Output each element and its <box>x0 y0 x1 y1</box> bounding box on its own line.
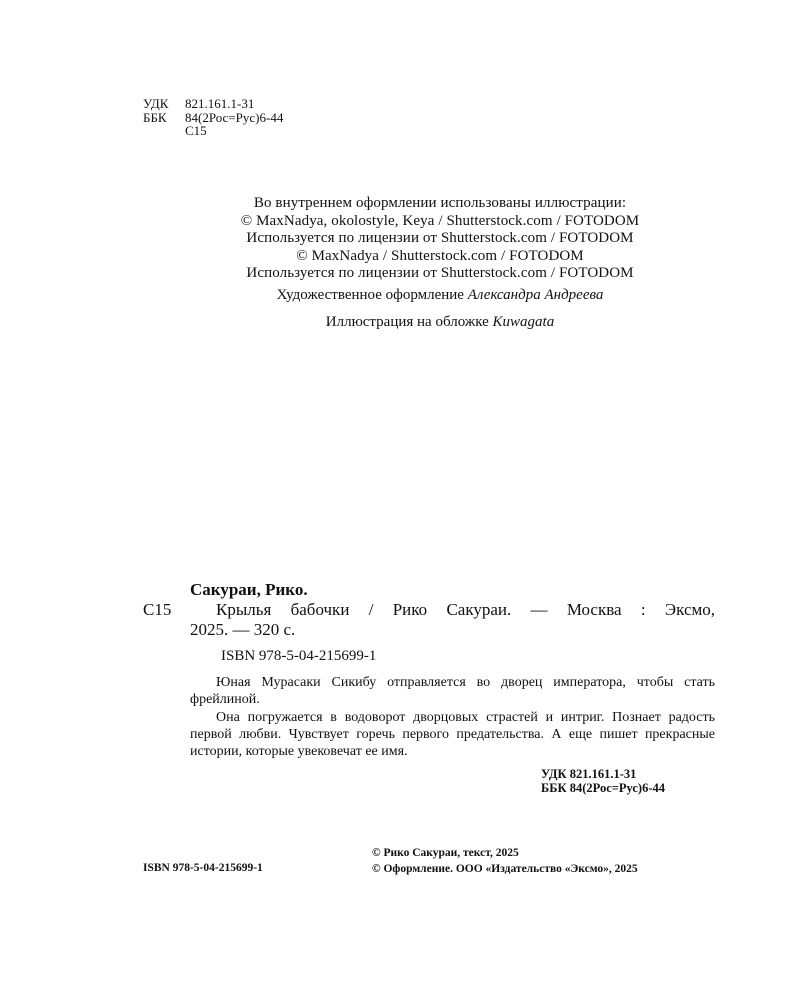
designer-name: Александра Андреева <box>468 287 604 303</box>
udk-row: УДК 821.161.1-31 <box>143 97 283 111</box>
annotation-paragraph: Юная Мурасаки Сикибу отправляется во дво… <box>190 674 715 708</box>
credit-line: Используется по лицензии от Shutterstock… <box>140 230 740 248</box>
record-isbn: ISBN 978-5-04-215699-1 <box>143 646 715 666</box>
bbk-row: ББК 84(2Рос=Рус)6-44 <box>143 111 283 125</box>
design-credit: Художественное оформление Александра Анд… <box>140 287 740 304</box>
annotation-paragraph: Она погружается в водоворот дворцовых ст… <box>190 709 715 760</box>
record-title: Крылья бабочки / Рико Сакураи. — Москва … <box>190 600 715 620</box>
copyright-text: © Рико Сакураи, текст, 2025 <box>372 846 638 862</box>
credit-line: © MaxNadya / Shutterstock.com / FOTODOM <box>140 248 740 266</box>
annotation: Юная Мурасаки Сикибу отправляется во дво… <box>190 674 715 760</box>
bbk-label: ББК <box>143 111 185 125</box>
illustration-credits: Во внутреннем оформлении использованы ил… <box>140 195 740 283</box>
record-title-continued: 2025. — 320 с. <box>143 620 715 640</box>
credit-line: Используется по лицензии от Shutterstock… <box>140 265 740 283</box>
record-author: Сакураи, Рико. <box>143 580 715 600</box>
copyright-notices: © Рико Сакураи, текст, 2025 © Оформление… <box>372 846 638 877</box>
cover-label: Иллюстрация на обложке <box>326 314 493 330</box>
copyright-page: УДК 821.161.1-31 ББК 84(2Рос=Рус)6-44 С1… <box>0 0 800 1000</box>
copyright-design: © Оформление. ООО «Издательство «Эксмо»,… <box>372 862 638 878</box>
bibliographic-record: Сакураи, Рико. С15 Крылья бабочки / Рико… <box>143 580 715 666</box>
bbk-value: 84(2Рос=Рус)6-44 <box>185 111 283 125</box>
credit-line: Во внутреннем оформлении использованы ил… <box>140 195 740 213</box>
footer-isbn: ISBN 978-5-04-215699-1 <box>143 862 263 874</box>
udk-bottom: УДК 821.161.1-31 <box>541 768 665 782</box>
record-title-row: С15 Крылья бабочки / Рико Сакураи. — Мос… <box>143 600 715 620</box>
classification-codes-top: УДК 821.161.1-31 ББК 84(2Рос=Рус)6-44 С1… <box>143 97 283 138</box>
udk-value: 821.161.1-31 <box>185 97 254 111</box>
cover-illustration-credit: Иллюстрация на обложке Kuwagata <box>140 314 740 331</box>
design-label: Художественное оформление <box>277 287 468 303</box>
record-author-mark: С15 <box>143 600 190 620</box>
author-mark: С15 <box>143 124 283 138</box>
cover-illustrator-name: Kuwagata <box>493 314 555 330</box>
bbk-bottom: ББК 84(2Рос=Рус)6-44 <box>541 782 665 796</box>
udk-label: УДК <box>143 97 185 111</box>
classification-codes-bottom: УДК 821.161.1-31 ББК 84(2Рос=Рус)6-44 <box>541 768 665 795</box>
credit-line: © MaxNadya, okolostyle, Keya / Shutterst… <box>140 213 740 231</box>
